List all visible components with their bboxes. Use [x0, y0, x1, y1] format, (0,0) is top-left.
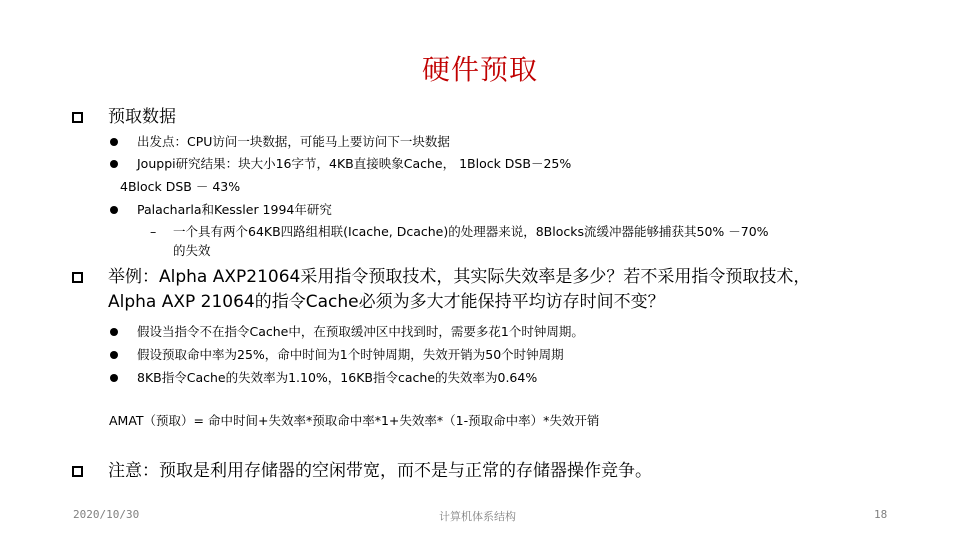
square-bullet-icon	[72, 466, 83, 477]
dash-bullet-icon: –	[150, 223, 156, 241]
bullet-jouppi-continuation: 4Block DSB － 43%	[120, 178, 240, 196]
sub-bullet-stream-buffer-line2: 的失效	[173, 242, 211, 260]
footer-date: 2020/10/30	[73, 508, 139, 521]
bullet-dot-icon	[110, 328, 118, 336]
bullet-assumption-extra-cycle: 假设当指令不在指令Cache中，在预取缓冲区中找到时，需要多花1个时钟周期。	[137, 323, 584, 341]
bullet-dot-icon	[110, 206, 118, 214]
sub-bullet-stream-buffer-line1: 一个具有两个64KB四路组相联(Icache, Dcache)的处理器来说，8B…	[173, 223, 769, 241]
square-bullet-icon	[72, 272, 83, 283]
section-heading-prefetch-data: 预取数据	[108, 106, 176, 128]
section-heading-example-line2: Alpha AXP 21064的指令Cache必须为多大才能保持平均访存时间不变…	[108, 291, 665, 313]
bullet-jouppi: Jouppi研究结果：块大小16字节，4KB直接映象Cache， 1Block …	[137, 155, 571, 173]
section-heading-note: 注意：预取是利用存储器的空闲带宽，而不是与正常的存储器操作竞争。	[108, 460, 652, 482]
bullet-assumption-hit-rate: 假设预取命中率为25%，命中时间为1个时钟周期，失效开销为50个时钟周期	[137, 346, 564, 364]
bullet-palacharla: Palacharla和Kessler 1994年研究	[137, 201, 332, 219]
bullet-dot-icon	[110, 160, 118, 168]
bullet-dot-icon	[110, 374, 118, 382]
bullet-dot-icon	[110, 138, 118, 146]
bullet-motivation: 出发点：CPU访问一块数据，可能马上要访问下一块数据	[137, 133, 450, 151]
bullet-dot-icon	[110, 351, 118, 359]
footer-course-name: 计算机体系结构	[439, 508, 516, 524]
bullet-miss-rates: 8KB指令Cache的失效率为1.10%，16KB指令cache的失效率为0.6…	[137, 369, 537, 387]
square-bullet-icon	[72, 112, 83, 123]
slide-title: 硬件预取	[0, 48, 960, 88]
footer-page-number: 18	[874, 508, 887, 521]
amat-formula: AMAT（预取）= 命中时间+失效率*预取命中率*1+失效率*（1-预取命中率）…	[109, 412, 599, 430]
section-heading-example-line1: 举例：Alpha AXP21064采用指令预取技术，其实际失效率是多少？若不采用…	[108, 266, 810, 288]
